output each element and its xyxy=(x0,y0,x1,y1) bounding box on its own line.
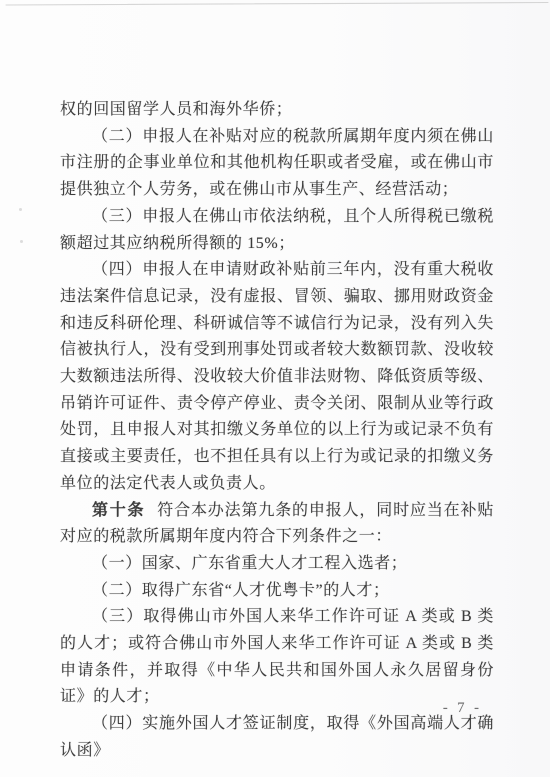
paragraph-clause-3: （三）申报人在佛山市依法纳税，且个人所得税已缴税额超过其应纳税所得额的 15%； xyxy=(60,204,494,257)
paragraph-article-10: 第十条符合本办法第九条的申报人，同时应当在补贴对应的税款所属期年度内符合下列条件… xyxy=(60,498,494,551)
scan-edge-artifact xyxy=(0,0,550,14)
page-number: - 7 - xyxy=(443,700,482,717)
article-10-heading: 第十条 xyxy=(92,502,145,519)
paragraph-clause-4: （四）申报人在申请财政补贴前三年内，没有重大税收违法案件信息记录，没有虚报、冒领… xyxy=(60,257,494,497)
paragraph-item-2: （二）取得广东省“人才优粤卡”的人才； xyxy=(60,578,494,605)
paragraph-item-4: （四）实施外国人才签证制度，取得《外国高端人才确认函》 xyxy=(60,711,494,764)
paragraph-continuation: 权的回国留学人员和海外华侨； xyxy=(60,97,494,124)
scan-speck-artifact xyxy=(19,208,22,211)
paragraph-clause-2: （二）申报人在补贴对应的税款所属期年度内须在佛山市注册的企事业单位和其他机构任职… xyxy=(60,124,494,204)
document-body: 权的回国留学人员和海外华侨； （二）申报人在补贴对应的税款所属期年度内须在佛山市… xyxy=(60,97,494,765)
paragraph-item-1: （一）国家、广东省重大人才工程入选者； xyxy=(60,551,494,578)
document-page: 权的回国留学人员和海外华侨； （二）申报人在补贴对应的税款所属期年度内须在佛山市… xyxy=(0,0,550,777)
scan-speck-artifact xyxy=(20,240,23,243)
paragraph-item-3: （三）取得佛山市外国人来华工作许可证 A 类或 B 类的人才；或符合佛山市外国人… xyxy=(60,604,494,711)
